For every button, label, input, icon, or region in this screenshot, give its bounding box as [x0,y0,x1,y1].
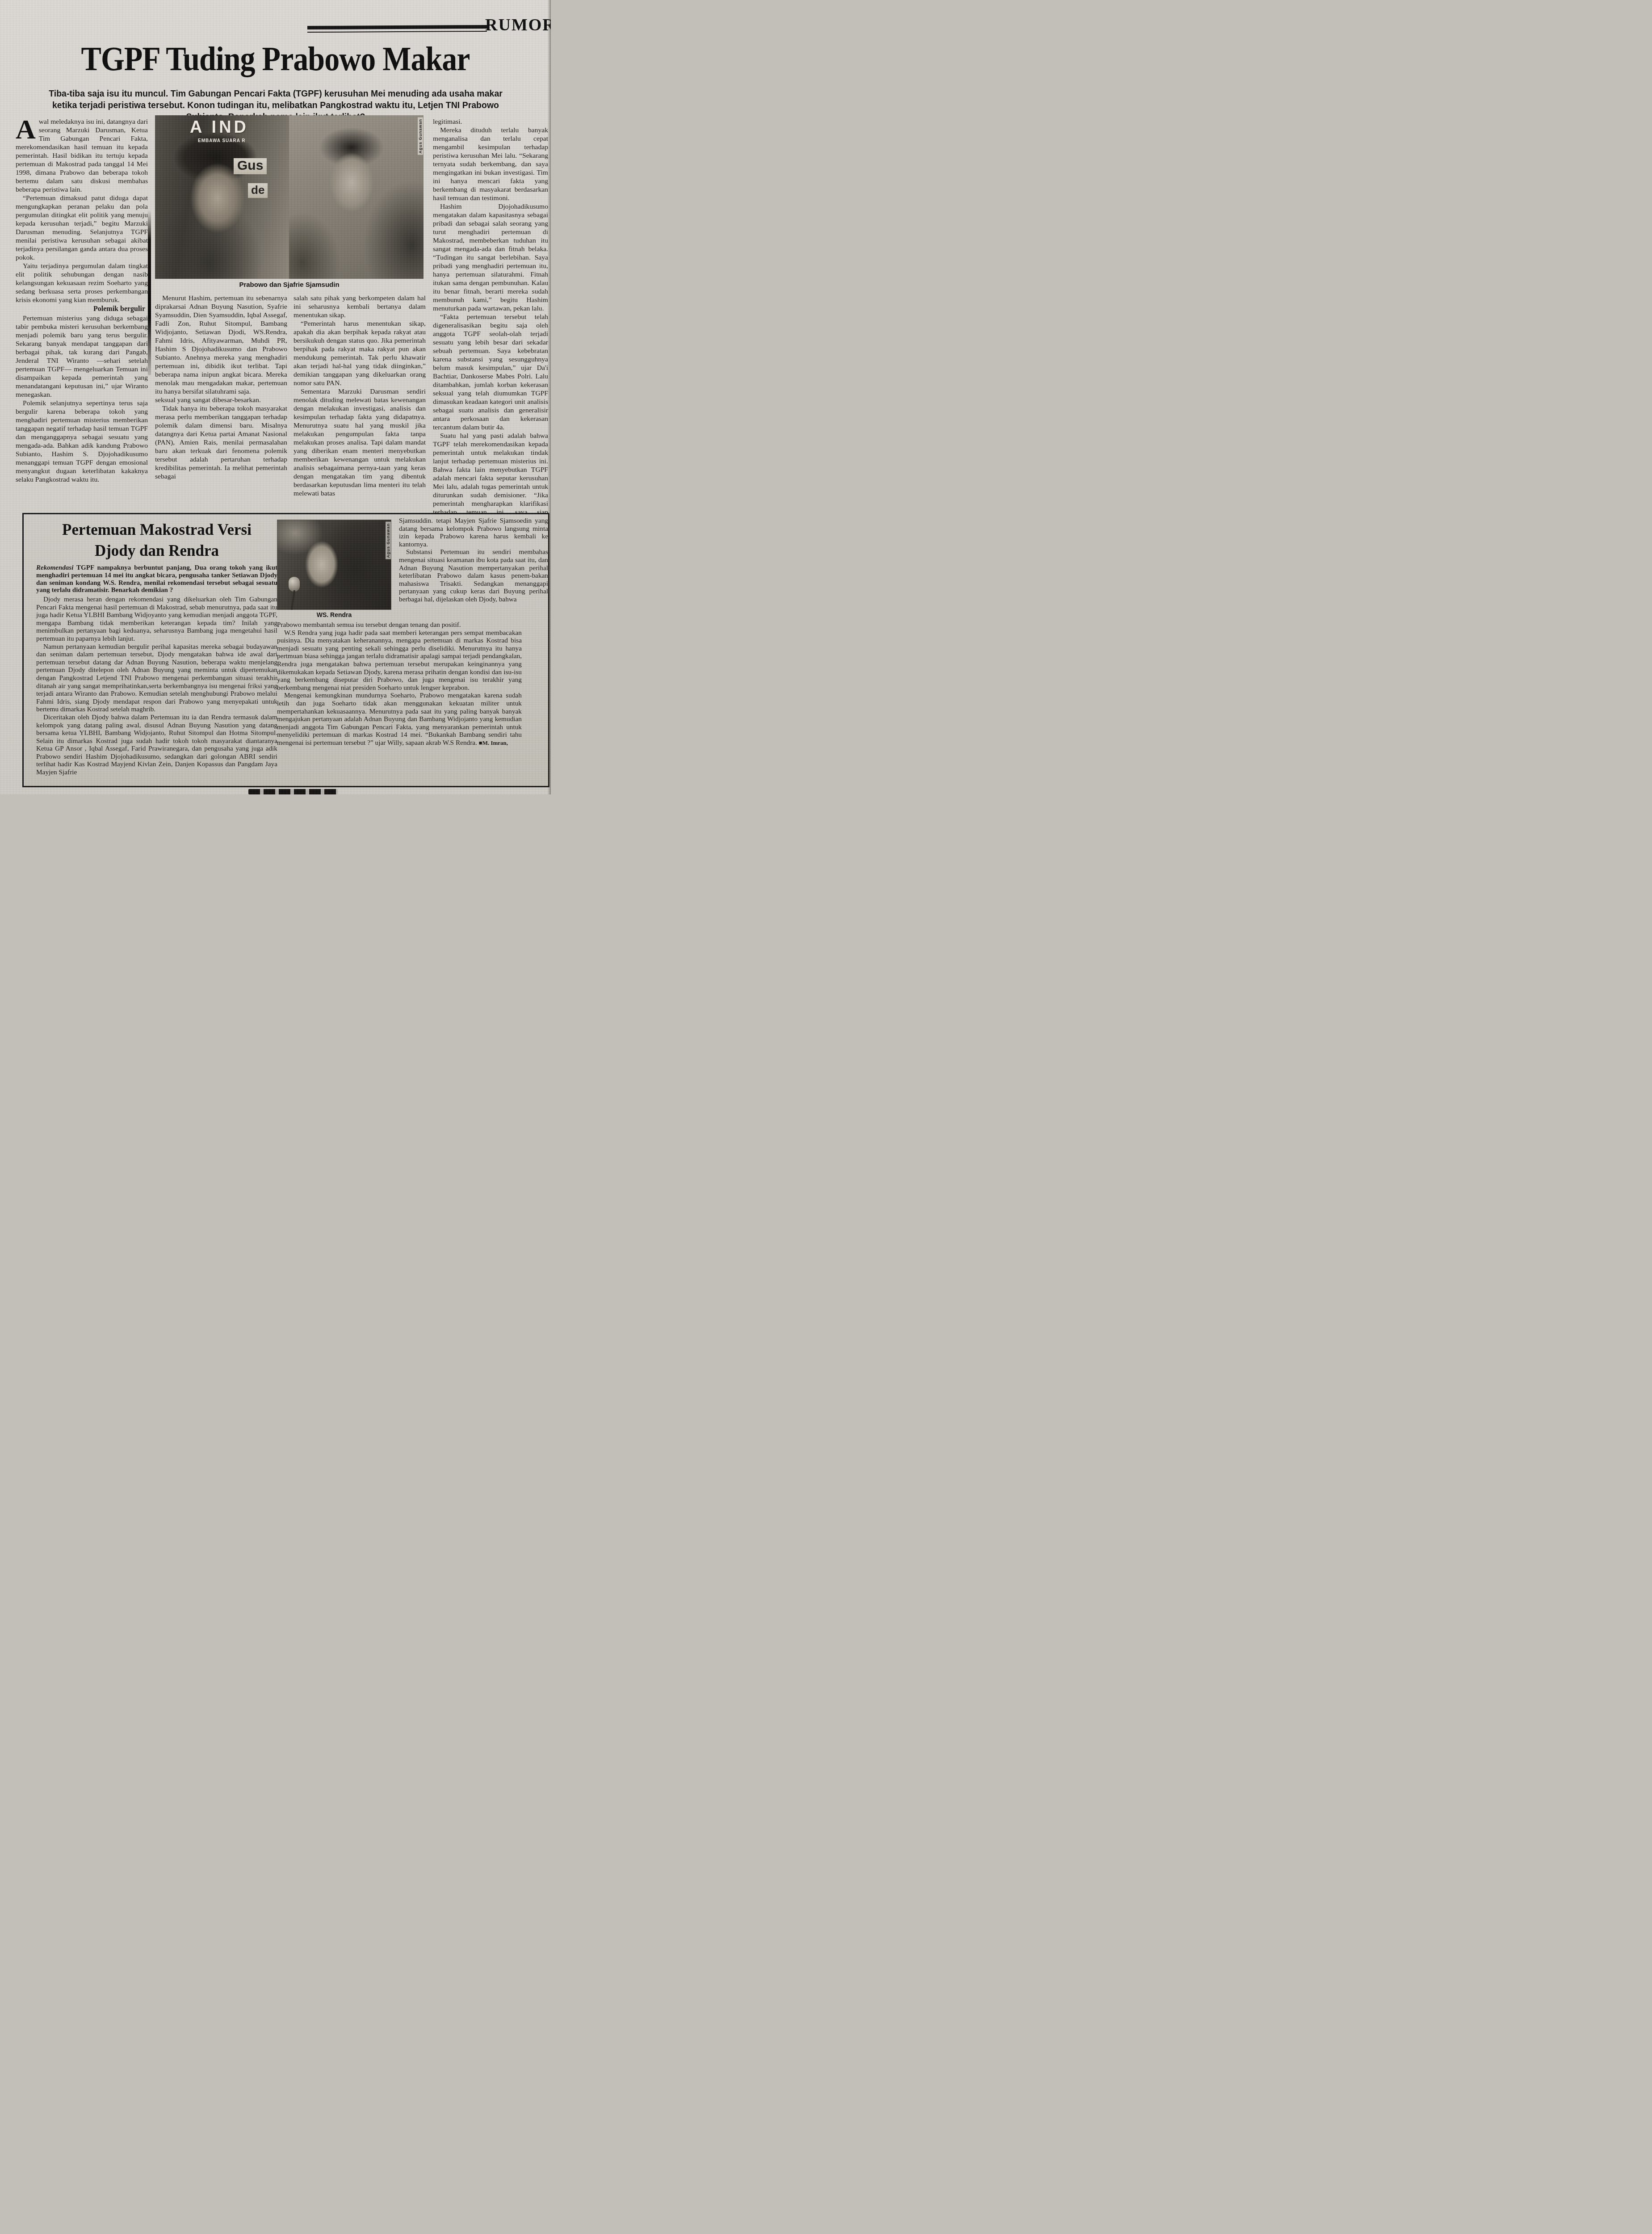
photo-caption: Prabowo dan Sjafrie Sjamsudin [155,281,423,289]
photo-prabowo: A IND EMBAWA SUARA R Gus de [155,115,289,279]
paragraph: Diceritakan oleh Djody bahwa dalam Perte… [36,714,277,777]
paragraph: seksual yang sangat dibesar-besarkan. [155,396,287,404]
newspaper-page: RUMOR TGPF Tuding Prabowo Makar Tiba-tib… [0,0,551,794]
paragraph: Hashim Djojohadikusumo mengatakan dalam … [433,202,548,313]
masthead-rule-thick [307,25,487,29]
article2-bottom-text: Prabowo membantah semua isu tersebut den… [277,621,522,747]
paragraph: Sementara Marzuki Darusman sendiri menol… [294,387,426,498]
article1-headline: TGPF Tuding Prabowo Makar [27,39,524,79]
microphone-shape [289,577,300,592]
article1-column-4: legitimasi. Mereka dituduh terlalu banya… [433,118,548,533]
photo-caption: WS. Rendra [277,611,391,618]
article2-headline-line1: Pertemuan Makostrad Versi [62,520,252,538]
article2-headline: Pertemuan Makostrad Versi Djody dan Rend… [39,519,275,561]
paragraph: Namun pertanyaan kemudian bergulir perih… [36,643,277,714]
paragraph: “Pertemuan dimaksud patut diduga dapat m… [16,194,148,262]
article1-column-1: Awal meledaknya isu ini, datangnya dari … [16,118,148,484]
paragraph: Polemik selanjutnya sepertinya terus saj… [16,399,148,484]
masthead-title: RUMOR [485,15,551,35]
article2-byline: ■M. Imran, [479,739,508,746]
paragraph-text: Mengenai kemungkinan mundurnya Soeharto,… [277,692,522,747]
photo-credit: Agus Gunawan [386,522,391,559]
paragraph: Sjamsuddin. tetapi Mayjen Sjafrie Sjamso… [399,517,548,548]
photo-credit: Agus Gunawan [418,118,423,155]
paragraph: legitimasi. [433,118,548,126]
masthead-rule-thin [307,31,487,33]
microphone-stand-shape [291,590,295,610]
scan-smudge [248,789,338,794]
photo-bg-text: EMBAWA SUARA R [198,139,246,143]
photo-prabowo-sjafrie: A IND EMBAWA SUARA R Gus de Agus Gunawan [155,115,423,279]
paragraph: Awal meledaknya isu ini, datangnya dari … [16,118,148,194]
photo-sjafrie [289,115,423,279]
paragraph: Mengenai kemungkinan mundurnya Soeharto,… [277,692,522,747]
article2-intro: Rekomendasi TGPF nampaknya berbuntut pan… [36,564,277,594]
section-subhead: Polemik bergulir [16,305,148,314]
ink-streak [148,210,151,375]
photo-ws-rendra: Agus Gunawan [277,520,391,610]
paragraph: Tidak hanya itu beberapa tokoh masyaraka… [155,404,287,481]
photo-bg-text: de [248,183,268,198]
article1-column-2: Menurut Hashim, pertemuan itu sebenarnya… [155,294,287,481]
paragraph: Pertemuan misterius yang diduga sebagai … [16,314,148,399]
paragraph: salah satu pihak yang berkompeten dalam … [294,294,426,319]
paragraph: Suatu hal yang pasti adalah bahwa TGPF t… [433,432,548,525]
dropcap: A [16,119,36,140]
article2-right-column: Sjamsuddin. tetapi Mayjen Sjafrie Sjamso… [399,517,548,604]
page-edge-shadow [548,0,551,794]
paragraph: “Fakta pertemuan tersebut telah digenera… [433,313,548,432]
paragraph: Djody merasa heran dengan rekomendasi ya… [36,596,277,643]
photo-bg-text: Gus [234,158,267,174]
paragraph: Mereka dituduh terlalu banyak menganalis… [433,126,548,202]
paragraph: W.S Rendra yang juga hadir pada saat mem… [277,629,522,692]
paragraph: Menurut Hashim, pertemuan itu sebenarnya… [155,294,287,396]
article2-headline-line2: Djody dan Rendra [95,541,219,559]
article2-box: Pertemuan Makostrad Versi Djody dan Rend… [22,513,549,787]
paragraph: “Pemerintah harus menentukan sikap, apak… [294,319,426,387]
photo-bg-text: A IND [190,118,249,137]
article2-left-column: Djody merasa heran dengan rekomendasi ya… [36,596,277,777]
paragraph: Prabowo membantah semua isu tersebut den… [277,621,522,629]
paragraph: Substansi Pertemuan itu sendiri membahas… [399,548,548,603]
intro-lead-word: Rekomendasi [36,564,73,571]
paragraph: Yaitu terjadinya pergumulan dalam tingka… [16,262,148,304]
article1-column-3: salah satu pihak yang berkompeten dalam … [294,294,426,498]
